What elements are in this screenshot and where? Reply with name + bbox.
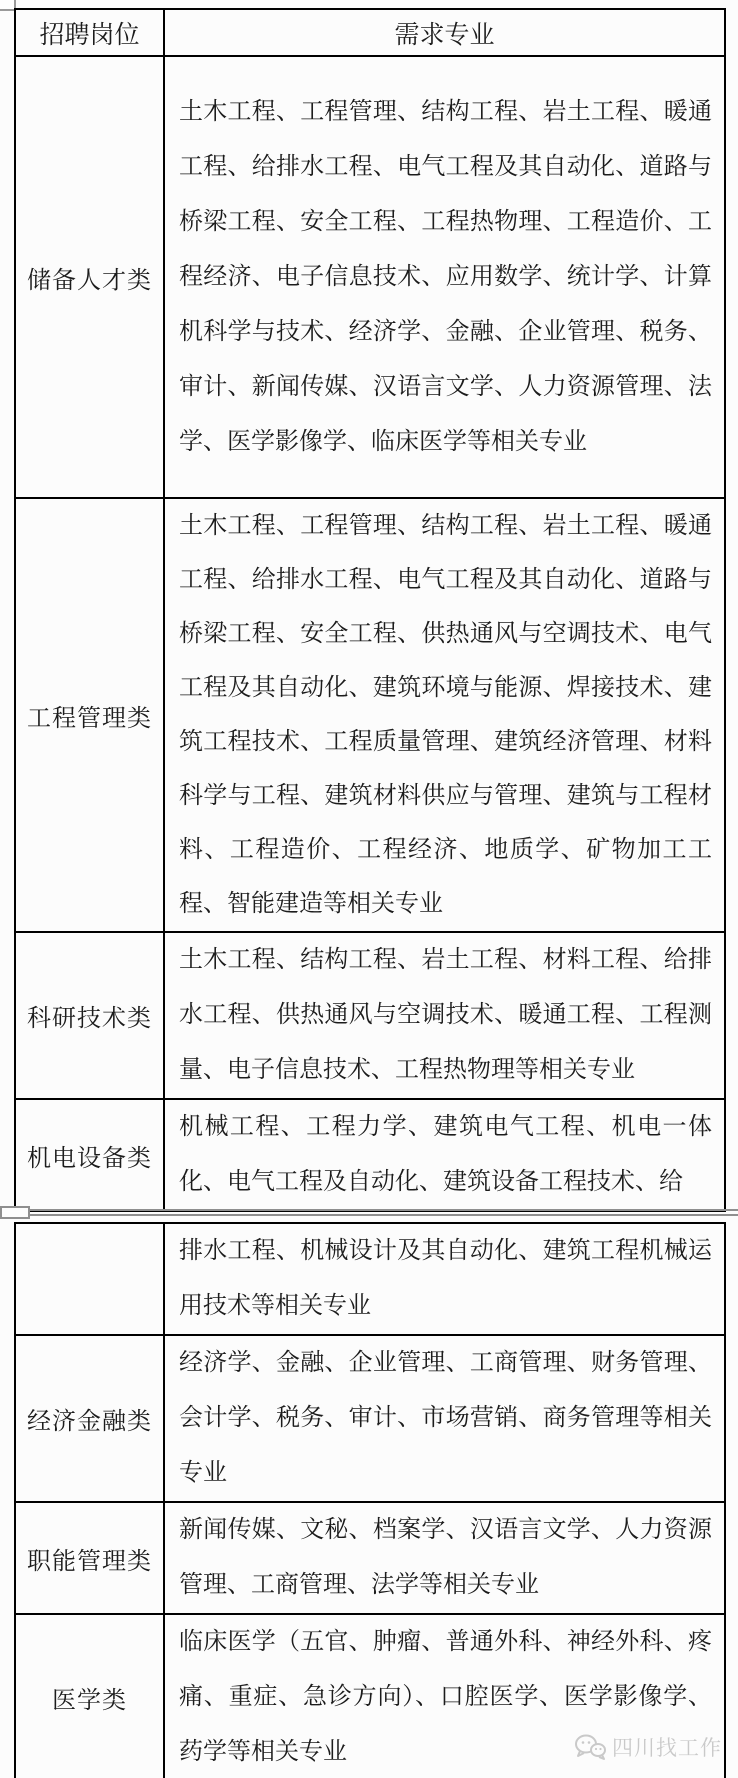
table-row: 经济金融类 经济学、金融、企业管理、工商管理、财务管理、会计学、税务、审计、市场… [15, 1335, 725, 1502]
table-row: 职能管理类 新闻传媒、文秘、档案学、汉语言文学、人力资源管理、工商管理、法学等相… [15, 1502, 725, 1614]
majors-cell: 临床医学（五官、肿瘤、普通外科、神经外科、疼痛、重症、急诊方向）、口腔医学、医学… [164, 1614, 725, 1778]
majors-cell: 土木工程、工程管理、结构工程、岩土工程、暖通工程、给排水工程、电气工程及其自动化… [164, 56, 725, 498]
majors-cell: 土木工程、工程管理、结构工程、岩土工程、暖通工程、给排水工程、电气工程及其自动化… [164, 498, 725, 932]
table-header-row: 招聘岗位 需求专业 [15, 9, 725, 56]
position-cell: 科研技术类 [15, 932, 164, 1099]
table-row: 排水工程、机械设计及其自动化、建筑工程机械运用技术等相关专业 [15, 1223, 725, 1335]
table-row: 科研技术类 土木工程、结构工程、岩土工程、材料工程、给排水工程、供热通风与空调技… [15, 932, 725, 1099]
recruitment-table-part1: 招聘岗位 需求专业 储备人才类 土木工程、工程管理、结构工程、岩土工程、暖通工程… [14, 8, 726, 1212]
document-page: 招聘岗位 需求专业 储备人才类 土木工程、工程管理、结构工程、岩土工程、暖通工程… [0, 0, 738, 1778]
majors-cell: 排水工程、机械设计及其自动化、建筑工程机械运用技术等相关专业 [164, 1223, 725, 1335]
position-cell: 医学类 [15, 1614, 164, 1778]
position-cell [15, 1223, 164, 1335]
table-row: 储备人才类 土木工程、工程管理、结构工程、岩土工程、暖通工程、给排水工程、电气工… [15, 56, 725, 498]
majors-cell: 经济学、金融、企业管理、工商管理、财务管理、会计学、税务、审计、市场营销、商务管… [164, 1335, 725, 1502]
table-row: 工程管理类 土木工程、工程管理、结构工程、岩土工程、暖通工程、给排水工程、电气工… [15, 498, 725, 932]
majors-cell: 新闻传媒、文秘、档案学、汉语言文学、人力资源管理、工商管理、法学等相关专业 [164, 1502, 725, 1614]
page-break-line [0, 1214, 738, 1216]
position-cell: 储备人才类 [15, 56, 164, 498]
position-cell: 经济金融类 [15, 1335, 164, 1502]
table-row: 机电设备类 机械工程、工程力学、建筑电气工程、机电一体化、电气工程及自动化、建筑… [15, 1099, 725, 1211]
position-cell: 职能管理类 [15, 1502, 164, 1614]
majors-cell: 土木工程、结构工程、岩土工程、材料工程、给排水工程、供热通风与空调技术、暖通工程… [164, 932, 725, 1099]
page-break-marker [0, 1205, 738, 1222]
page-break-line [0, 1209, 738, 1211]
table-row: 医学类 临床医学（五官、肿瘤、普通外科、神经外科、疼痛、重症、急诊方向）、口腔医… [15, 1614, 725, 1778]
column-header-position: 招聘岗位 [15, 9, 164, 56]
column-header-majors: 需求专业 [164, 9, 725, 56]
recruitment-table-part2: 排水工程、机械设计及其自动化、建筑工程机械运用技术等相关专业 经济金融类 经济学… [14, 1222, 726, 1778]
position-cell: 机电设备类 [15, 1099, 164, 1211]
table-split-handle [0, 1206, 30, 1219]
position-cell: 工程管理类 [15, 498, 164, 932]
majors-cell: 机械工程、工程力学、建筑电气工程、机电一体化、电气工程及自动化、建筑设备工程技术… [164, 1099, 725, 1211]
